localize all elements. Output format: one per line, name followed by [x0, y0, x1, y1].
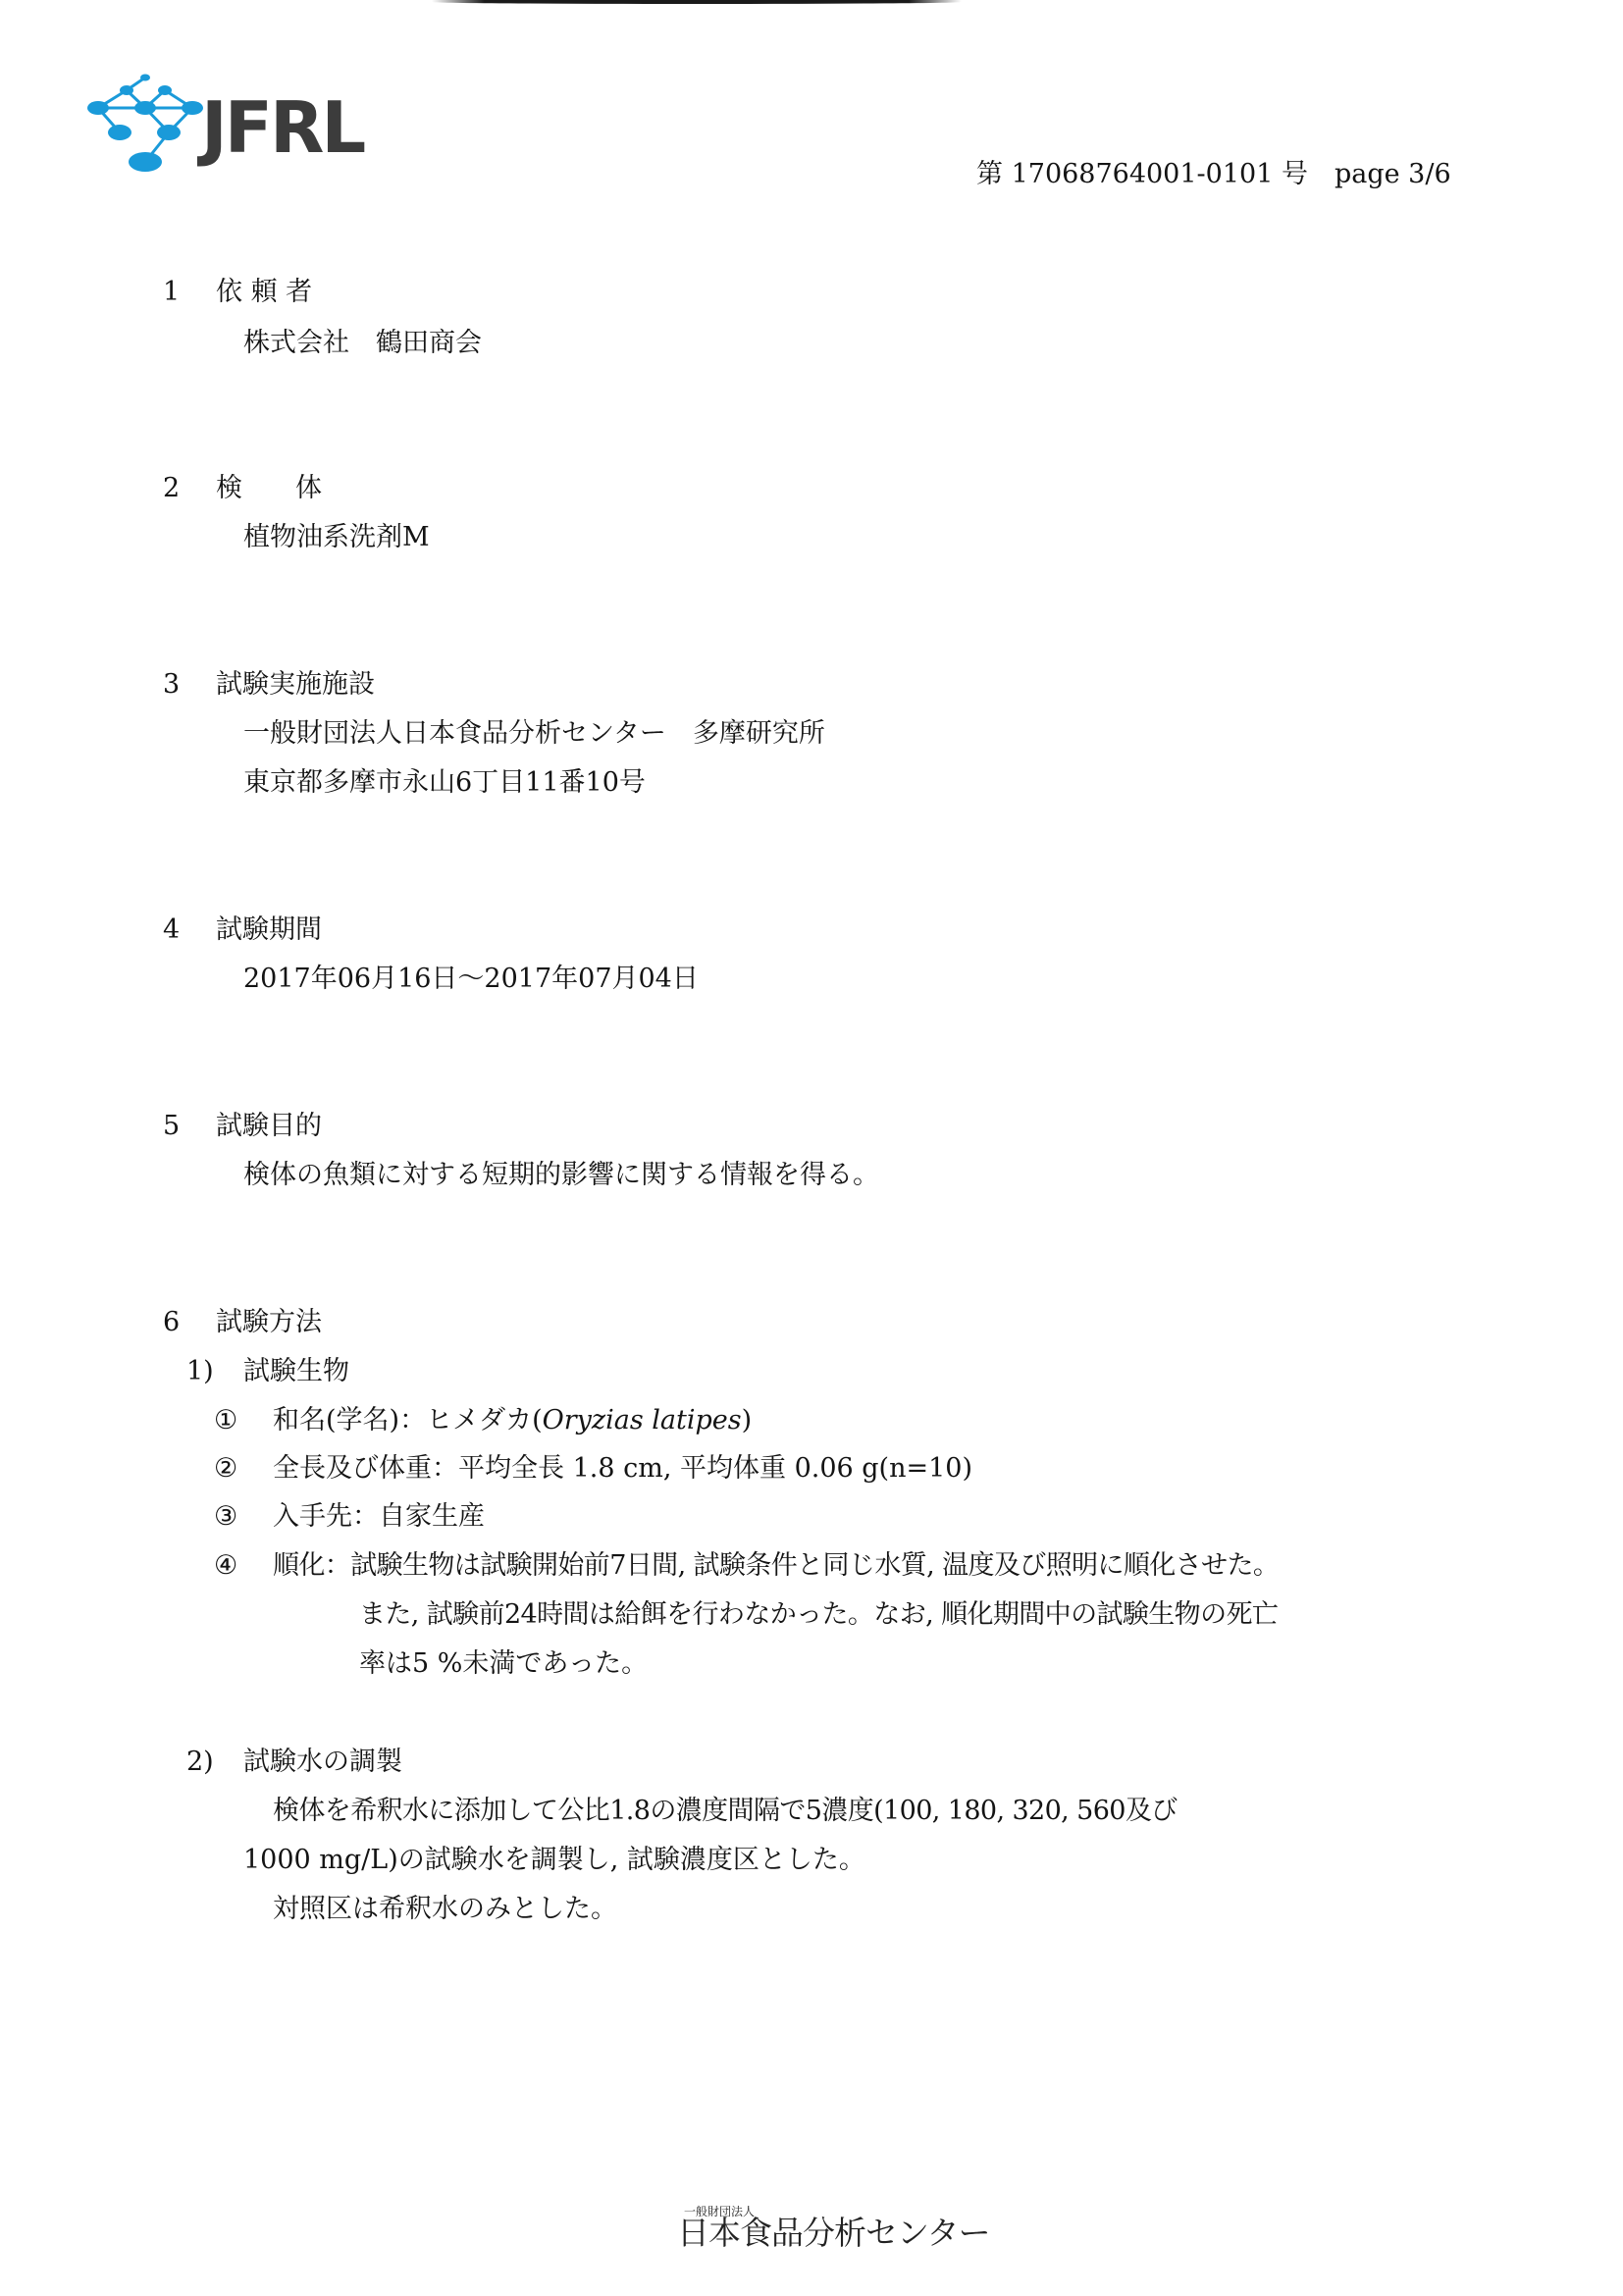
- test-purpose: 検体の魚類に対する短期的影響に関する情報を得る。: [243, 1162, 879, 1188]
- section-1-number: 1: [163, 279, 180, 305]
- section-4-number: 4: [163, 916, 180, 943]
- scientific-name: Oryzias latipes: [543, 1405, 742, 1435]
- section-2-title: 検 体: [216, 475, 322, 501]
- section-3-title: 試験実施施設: [216, 671, 375, 698]
- subsection-2-title: 試験水の調製: [243, 1748, 402, 1775]
- test-water-line-2: 1000 mg/L)の試験水を調製し, 試験濃度区とした。: [243, 1847, 865, 1873]
- test-water-line-1: 検体を希釈水に添加して公比1.8の濃度間隔で5濃度(100, 180, 320,…: [273, 1798, 1178, 1824]
- section-5-title: 試験目的: [216, 1113, 322, 1139]
- item-1-species: 和名(学名)：ヒメダカ(Oryzias latipes): [273, 1407, 752, 1434]
- item-1-mark: ①: [214, 1407, 237, 1434]
- test-period: 2017年06月16日～2017年07月04日: [243, 965, 699, 992]
- jfrl-logo: JFRL: [86, 65, 400, 183]
- network-logo-icon: [86, 65, 204, 183]
- scan-edge-shadow: [432, 0, 962, 4]
- item-2-size-weight: 全長及び体重：平均全長 1.8 cm, 平均体重 0.06 g(n=10): [273, 1455, 972, 1482]
- section-6-title: 試験方法: [216, 1309, 322, 1335]
- section-6-number: 6: [163, 1309, 180, 1335]
- section-3-number: 3: [163, 671, 180, 698]
- client-name: 株式会社 鶴田商会: [243, 330, 482, 356]
- item-4-mark: ④: [214, 1552, 237, 1579]
- item-3-source: 入手先：自家生産: [273, 1503, 485, 1530]
- sample-name: 植物油系洗剤M: [243, 524, 430, 550]
- facility-address: 東京都多摩市永山6丁目11番10号: [243, 769, 646, 796]
- item-3-mark: ③: [214, 1503, 237, 1530]
- item-4-acclimation-cont-2: 率は5 %未満であった。: [359, 1650, 648, 1677]
- item-4-acclimation-cont-1: また, 試験前24時間は給餌を行わなかった。なお, 順化期間中の試験生物の死亡: [359, 1601, 1278, 1628]
- section-1-title: 依 頼 者: [216, 279, 312, 305]
- section-4-title: 試験期間: [216, 916, 322, 943]
- section-5-number: 5: [163, 1113, 180, 1139]
- test-water-line-3: 対照区は希釈水のみとした。: [273, 1896, 617, 1922]
- section-2-number: 2: [163, 475, 180, 501]
- item-2-mark: ②: [214, 1455, 237, 1482]
- subsection-1-title: 試験生物: [243, 1358, 349, 1384]
- logo-text: JFRL: [201, 92, 363, 163]
- document-number: 第 17068764001-0101 号 page 3/6: [976, 161, 1451, 187]
- subsection-1-number: 1): [186, 1358, 214, 1384]
- facility-name: 一般財団法人日本食品分析センター 多摩研究所: [243, 720, 825, 747]
- item-4-acclimation: 順化：試験生物は試験開始前7日間, 試験条件と同じ水質, 温度及び照明に順化させ…: [273, 1552, 1279, 1579]
- subsection-2-number: 2): [186, 1748, 214, 1775]
- footer-org-name: 日本食品分析センター: [677, 2217, 990, 2249]
